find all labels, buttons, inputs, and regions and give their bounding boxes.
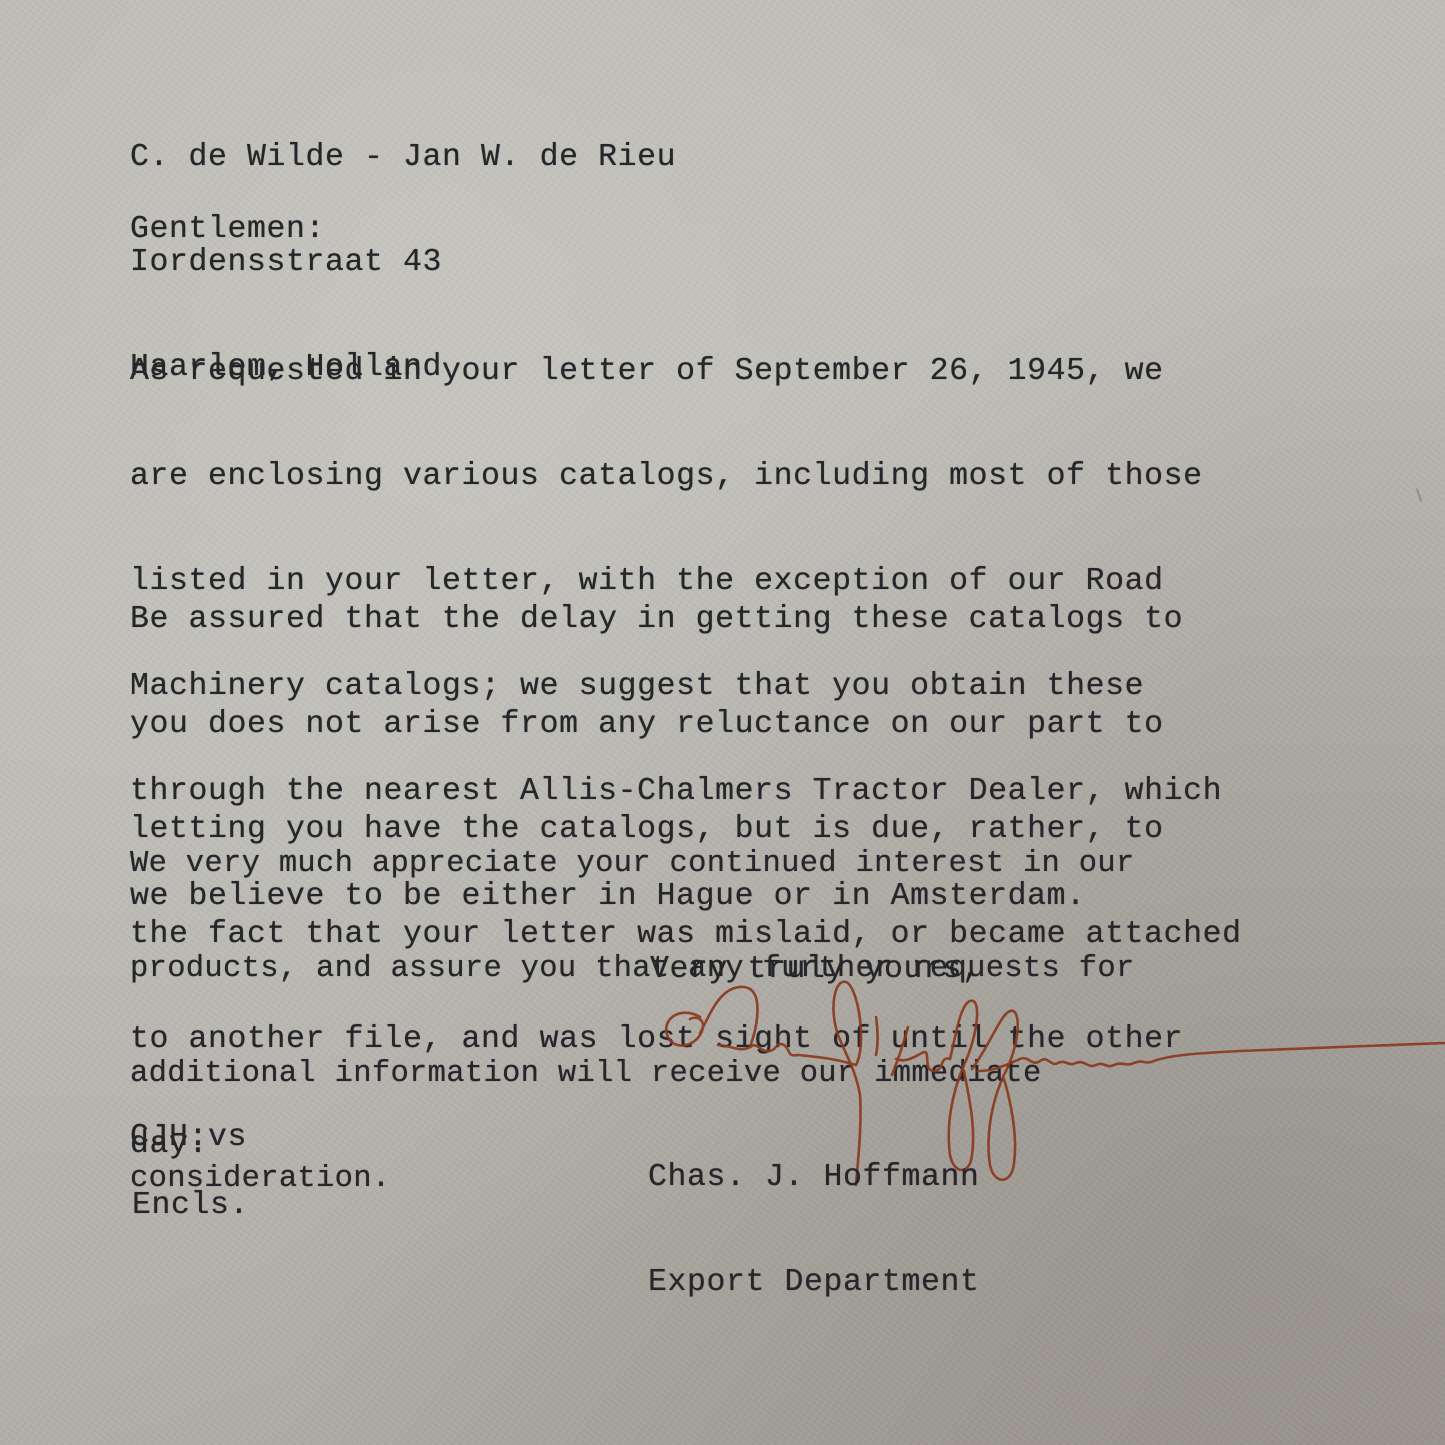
reference-initials: CJH:vs xyxy=(130,1120,247,1155)
paragraph-line: As requested in your letter of September… xyxy=(130,354,1222,389)
recipient-street: Iordensstraat 43 xyxy=(130,245,676,280)
paragraph-line: Be assured that the delay in getting the… xyxy=(130,602,1242,637)
paragraph-line: We very much appreciate your continued i… xyxy=(130,847,1135,882)
paper-mark xyxy=(1416,488,1423,502)
salutation: Gentlemen: xyxy=(130,212,325,247)
enclosures-note: Encls. xyxy=(132,1188,249,1223)
signer-name: Chas. J. Hoffmann xyxy=(648,1160,980,1195)
recipient-name: C. de Wilde - Jan W. de Rieu xyxy=(130,140,676,175)
paragraph-line: you does not arise from any reluctance o… xyxy=(130,707,1242,742)
signer-department: Export Department xyxy=(648,1265,980,1300)
signer-block: Chas. J. Hoffmann Export Department xyxy=(648,1090,980,1335)
paragraph-line: are enclosing various catalogs, includin… xyxy=(130,459,1222,494)
